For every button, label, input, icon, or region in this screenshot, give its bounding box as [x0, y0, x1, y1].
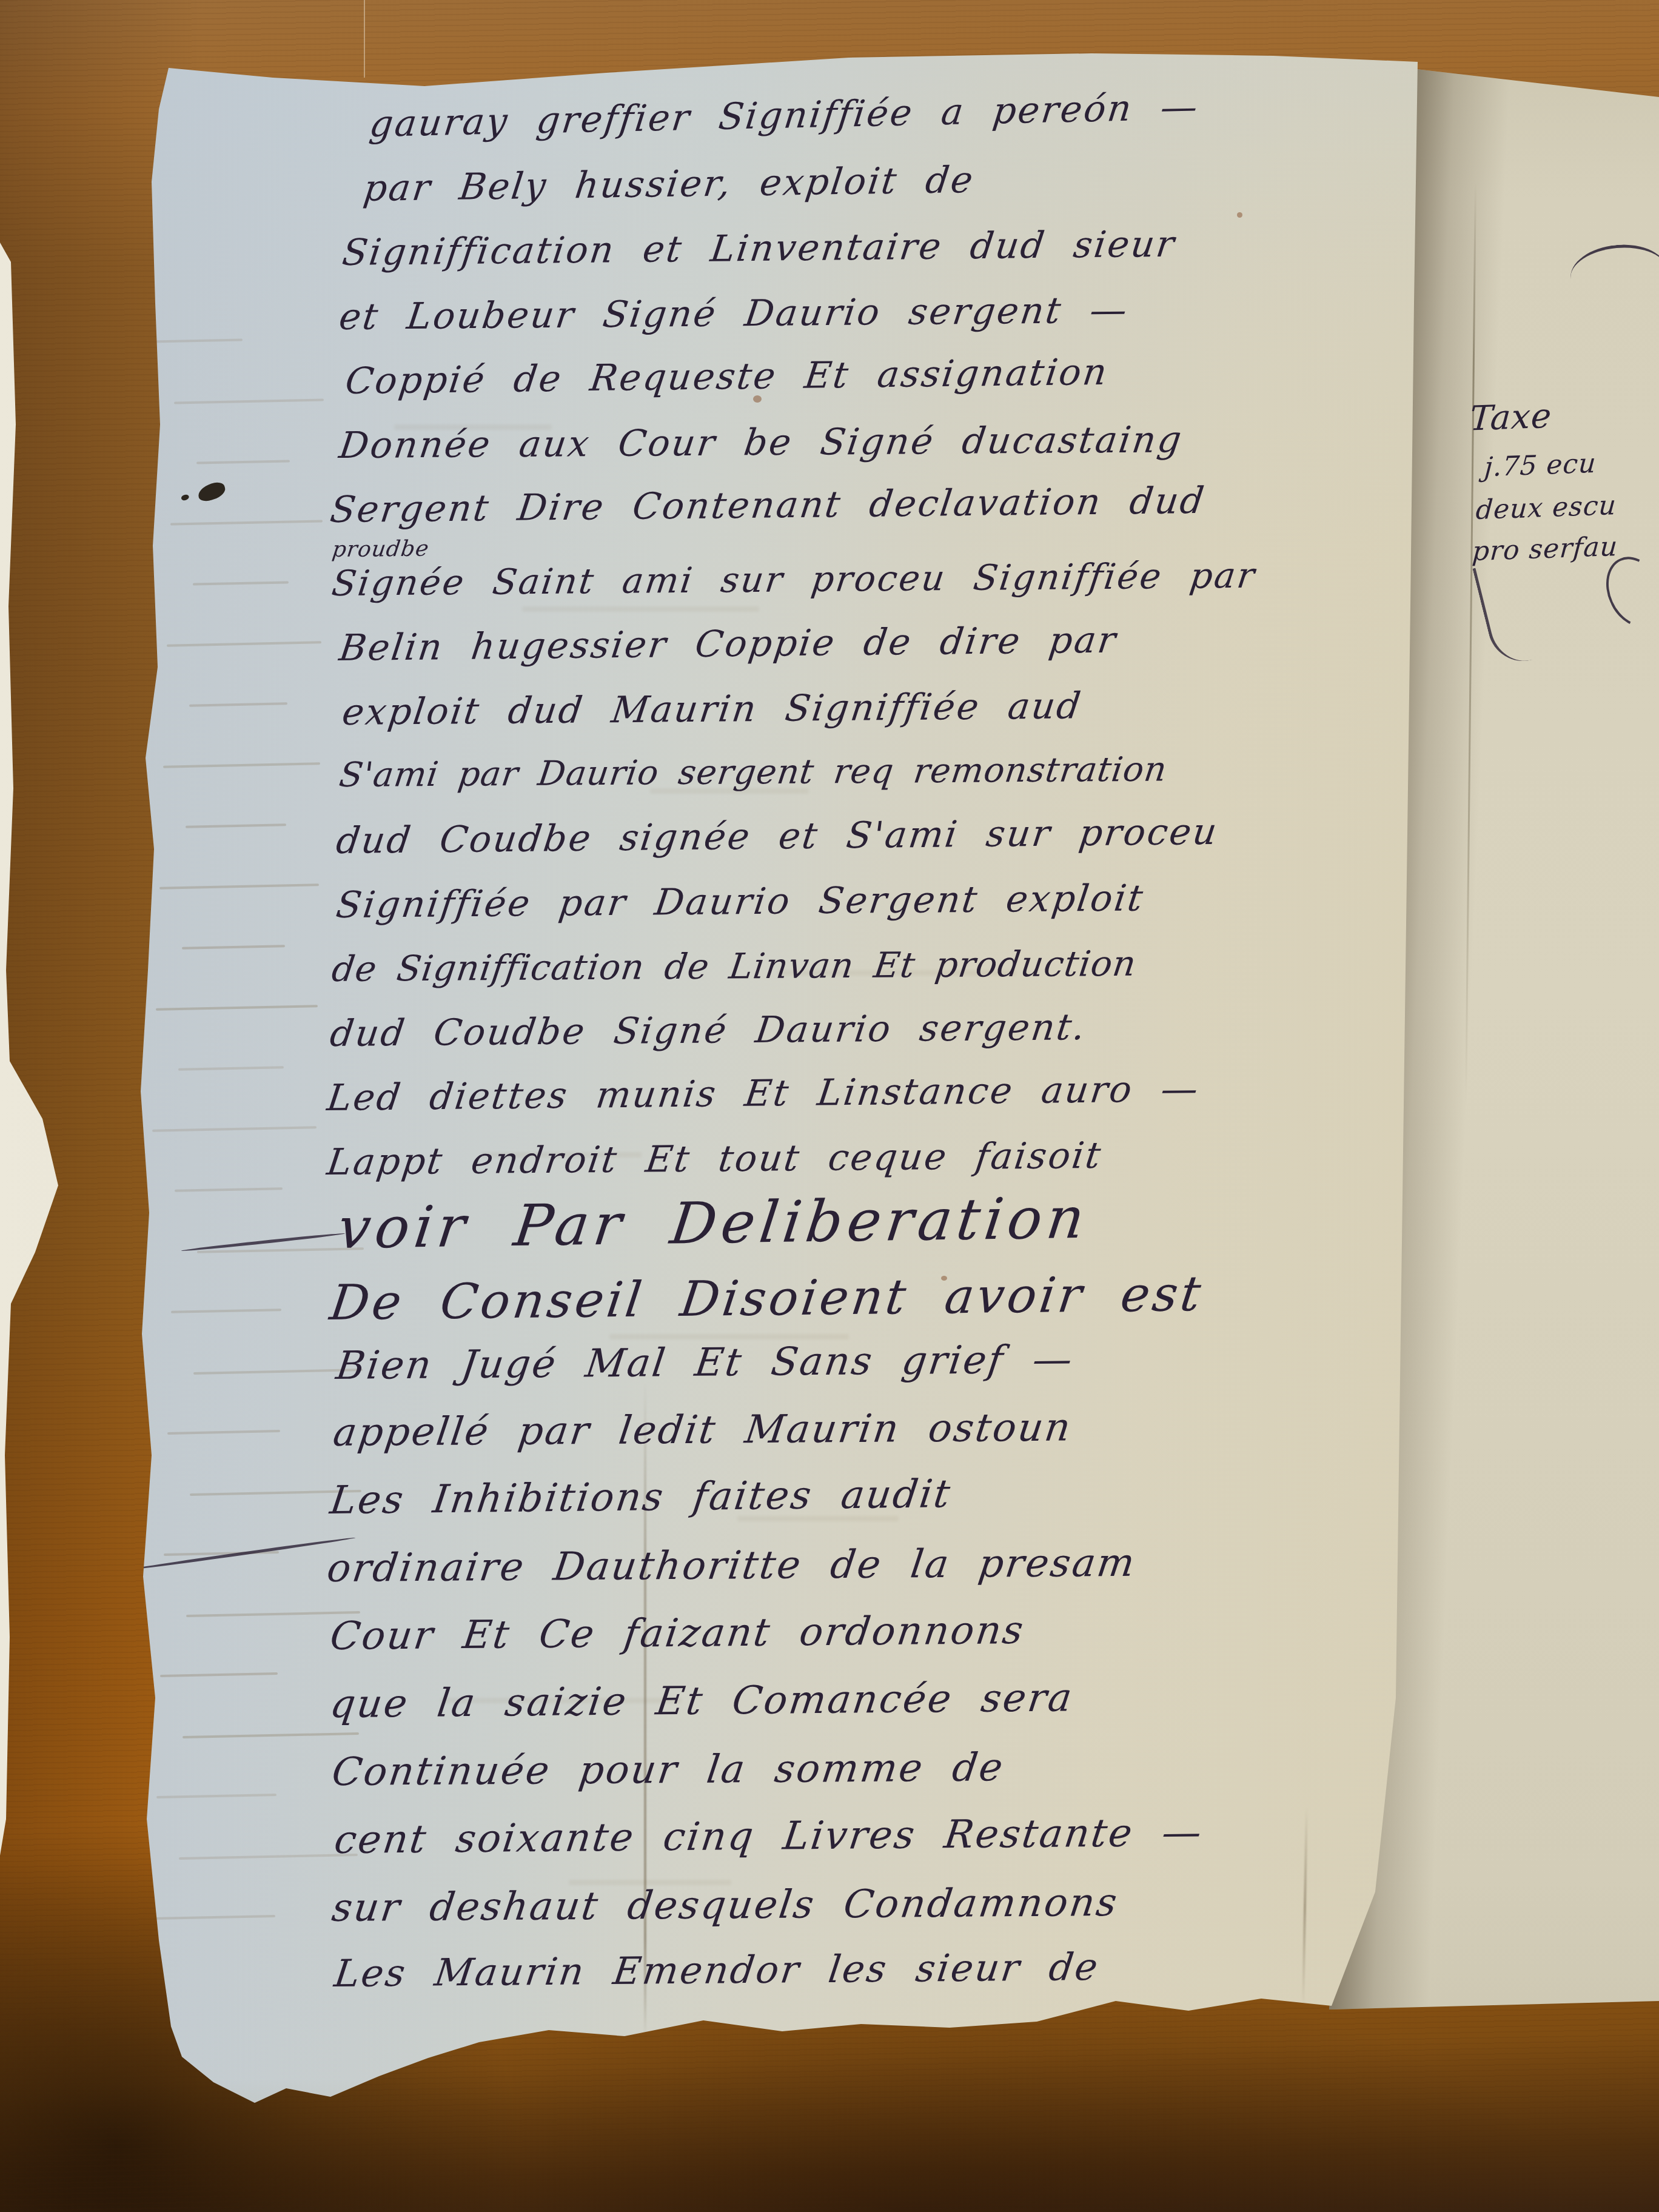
text-line: Les Maurin Emendor les sieur de	[332, 1945, 1102, 1996]
text-line: ordinaire Dauthoritte de la presam	[324, 1541, 1139, 1591]
ghost-bleed-smudge	[522, 606, 759, 612]
text-line: voir Par Deliberation	[334, 1185, 1093, 1262]
text-line: que la saizie Et Comancée sera	[327, 1675, 1076, 1727]
text-line: Lappt endroit Et tout ceque faisoit	[324, 1134, 1105, 1184]
text-line: S'ami par Daurio sergent req remonstrati…	[337, 749, 1170, 795]
rust-spot	[1237, 212, 1242, 218]
text-line: dud Coudbe Signé Daurio sergent.	[327, 1006, 1089, 1055]
text-line: Signiffication et Linventaire dud sieur	[340, 223, 1178, 274]
text-line: Belin hugessier Coppie de dire par	[337, 619, 1119, 670]
margin-note-line: pro serfau	[1471, 531, 1619, 568]
text-line: Continuée pour la somme de	[329, 1745, 1007, 1795]
text-line: Signée Saint ami sur proceu Signiffiée p…	[330, 555, 1259, 604]
text-line: et Loubeur Signé Daurio sergent —	[337, 289, 1131, 338]
text-line: proudbe	[330, 537, 431, 562]
text-line: exploit dud Maurin Signiffiée aud	[340, 685, 1085, 734]
text-line: appellé par ledit Maurin ostoun	[330, 1405, 1074, 1455]
text-line: Cour Et Ce faizant ordonnons	[327, 1608, 1027, 1659]
text-line: par Bely hussier, exploit de	[361, 159, 977, 210]
text-line: Les Inhibitions faites audit	[327, 1472, 954, 1523]
text-line: De Conseil Disoient avoir est	[327, 1265, 1207, 1331]
text-line: de Signiffication de Linvan Et productio…	[329, 943, 1139, 990]
wood-scratch	[364, 0, 365, 78]
manuscript-photo: Taxej.75 ecudeux escupro serfau gauray g…	[0, 0, 1659, 2212]
text-line: Bien Jugé Mal Et Sans grief —	[333, 1337, 1076, 1389]
text-line: Signiffiée par Daurio Sergent exploit	[333, 877, 1147, 927]
ghost-bleed-smudge	[609, 1334, 849, 1339]
text-line: cent soixante cinq Livres Restante —	[332, 1810, 1206, 1863]
text-line: sur deshaut desquels Condamnons	[329, 1880, 1121, 1931]
pen-flourish-top-right	[1568, 241, 1659, 280]
margin-note-line: deux escu	[1475, 490, 1617, 526]
text-line: Donnée aux Cour be Signé ducastaing	[337, 418, 1185, 467]
margin-note-line: Taxe	[1469, 397, 1553, 439]
margin-note-line: j.75 ecu	[1483, 448, 1597, 483]
